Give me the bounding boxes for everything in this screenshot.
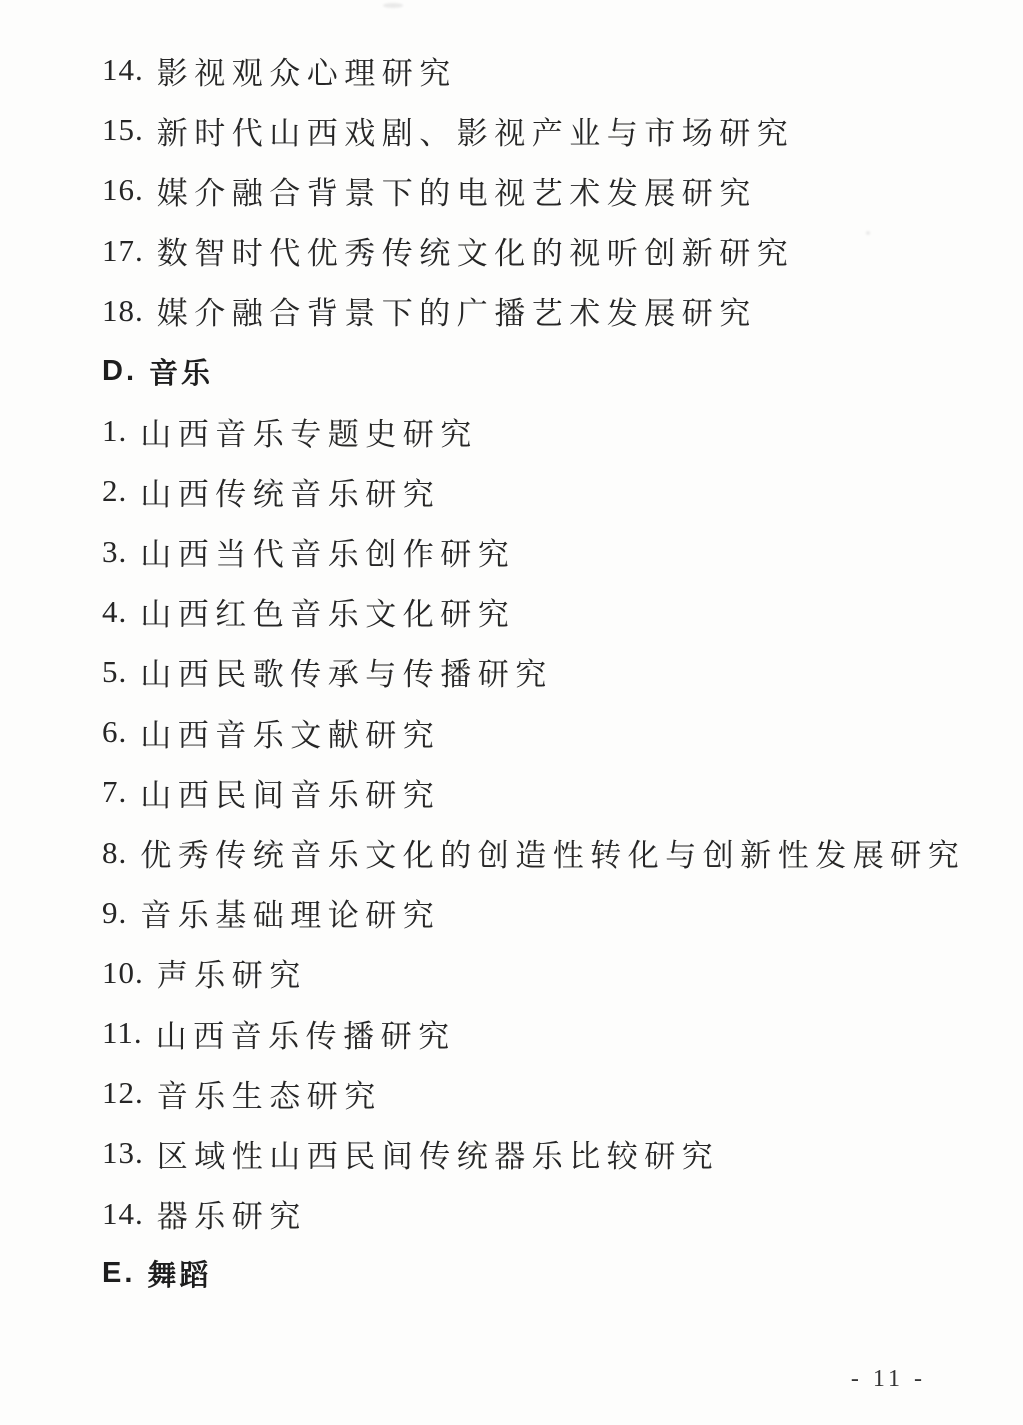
item-text: 数智时代优秀传统文化的视听创新研究 [157,228,795,273]
section-title: 舞蹈 [147,1253,211,1294]
list-item: 12.音乐生态研究 [102,1063,983,1123]
list-item: 3.山西当代音乐创作研究 [102,522,983,582]
item-text: 山西红色音乐文化研究 [140,589,515,634]
item-text: 山西音乐传播研究 [156,1011,456,1056]
item-number: 6. [102,714,127,750]
item-text: 声乐研究 [157,950,307,995]
section-title: 音乐 [149,351,213,392]
item-number: 14. [102,52,144,88]
item-text: 山西当代音乐创作研究 [140,529,515,574]
item-number: 9. [102,895,127,931]
item-number: 8. [102,835,127,871]
list-item: 1.山西音乐专题史研究 [102,401,983,461]
item-number: 18. [102,293,144,329]
item-text: 媒介融合背景下的电视艺术发展研究 [157,168,757,213]
list-item: 14.影视观众心理研究 [102,40,983,100]
section-letter: E. [102,1257,135,1290]
document-lines: 14.影视观众心理研究15.新时代山西戏剧、影视产业与市场研究16.媒介融合背景… [102,40,983,1304]
item-number: 3. [102,534,127,570]
list-item: 4.山西红色音乐文化研究 [102,582,983,642]
item-text: 新时代山西戏剧、影视产业与市场研究 [157,108,795,153]
list-item: 6.山西音乐文献研究 [102,702,983,762]
item-number: 4. [102,594,127,630]
document-body: 14.影视观众心理研究15.新时代山西戏剧、影视产业与市场研究16.媒介融合背景… [102,40,983,1304]
item-text: 优秀传统音乐文化的创造性转化与创新性发展研究 [140,830,965,875]
item-number: 12. [102,1075,144,1111]
item-text: 媒介融合背景下的广播艺术发展研究 [157,288,757,333]
scan-artifact [383,3,403,8]
item-text: 音乐生态研究 [157,1071,382,1116]
item-number: 13. [102,1135,144,1171]
list-item: 11.山西音乐传播研究 [102,1003,983,1063]
list-item: 16.媒介融合背景下的电视艺术发展研究 [102,160,983,220]
item-number: 16. [102,172,144,208]
list-item: 18.媒介融合背景下的广播艺术发展研究 [102,281,983,341]
item-text: 区域性山西民间传统器乐比较研究 [157,1131,720,1176]
item-text: 山西音乐专题史研究 [140,409,478,454]
list-item: 15.新时代山西戏剧、影视产业与市场研究 [102,100,983,160]
page-number: - 11 - [851,1366,926,1393]
item-number: 15. [102,112,144,148]
item-text: 山西民歌传承与传播研究 [140,649,553,694]
item-text: 影视观众心理研究 [157,48,457,93]
list-item: 7.山西民间音乐研究 [102,762,983,822]
list-item: 8.优秀传统音乐文化的创造性转化与创新性发展研究 [102,822,983,882]
list-item: 5.山西民歌传承与传播研究 [102,642,983,702]
list-item: 2.山西传统音乐研究 [102,461,983,521]
item-number: 2. [102,473,127,509]
list-item: 14.器乐研究 [102,1184,983,1244]
item-number: 10. [102,955,144,991]
item-text: 山西音乐文献研究 [140,710,440,755]
item-number: 14. [102,1196,144,1232]
item-number: 11. [102,1015,143,1051]
section-letter: D. [102,355,137,388]
list-item: 17.数智时代优秀传统文化的视听创新研究 [102,221,983,281]
list-item: 13.区域性山西民间传统器乐比较研究 [102,1123,983,1183]
item-number: 1. [102,413,127,449]
list-item: 9.音乐基础理论研究 [102,883,983,943]
list-item: 10.声乐研究 [102,943,983,1003]
item-text: 器乐研究 [157,1191,307,1236]
section-header: E.舞蹈 [102,1244,983,1304]
item-number: 17. [102,233,144,269]
item-text: 山西民间音乐研究 [140,770,440,815]
item-text: 音乐基础理论研究 [140,890,440,935]
section-header: D.音乐 [102,341,983,401]
scanned-document-page: 14.影视观众心理研究15.新时代山西戏剧、影视产业与市场研究16.媒介融合背景… [0,0,1023,1425]
item-text: 山西传统音乐研究 [140,469,440,514]
item-number: 5. [102,654,127,690]
item-number: 7. [102,774,127,810]
